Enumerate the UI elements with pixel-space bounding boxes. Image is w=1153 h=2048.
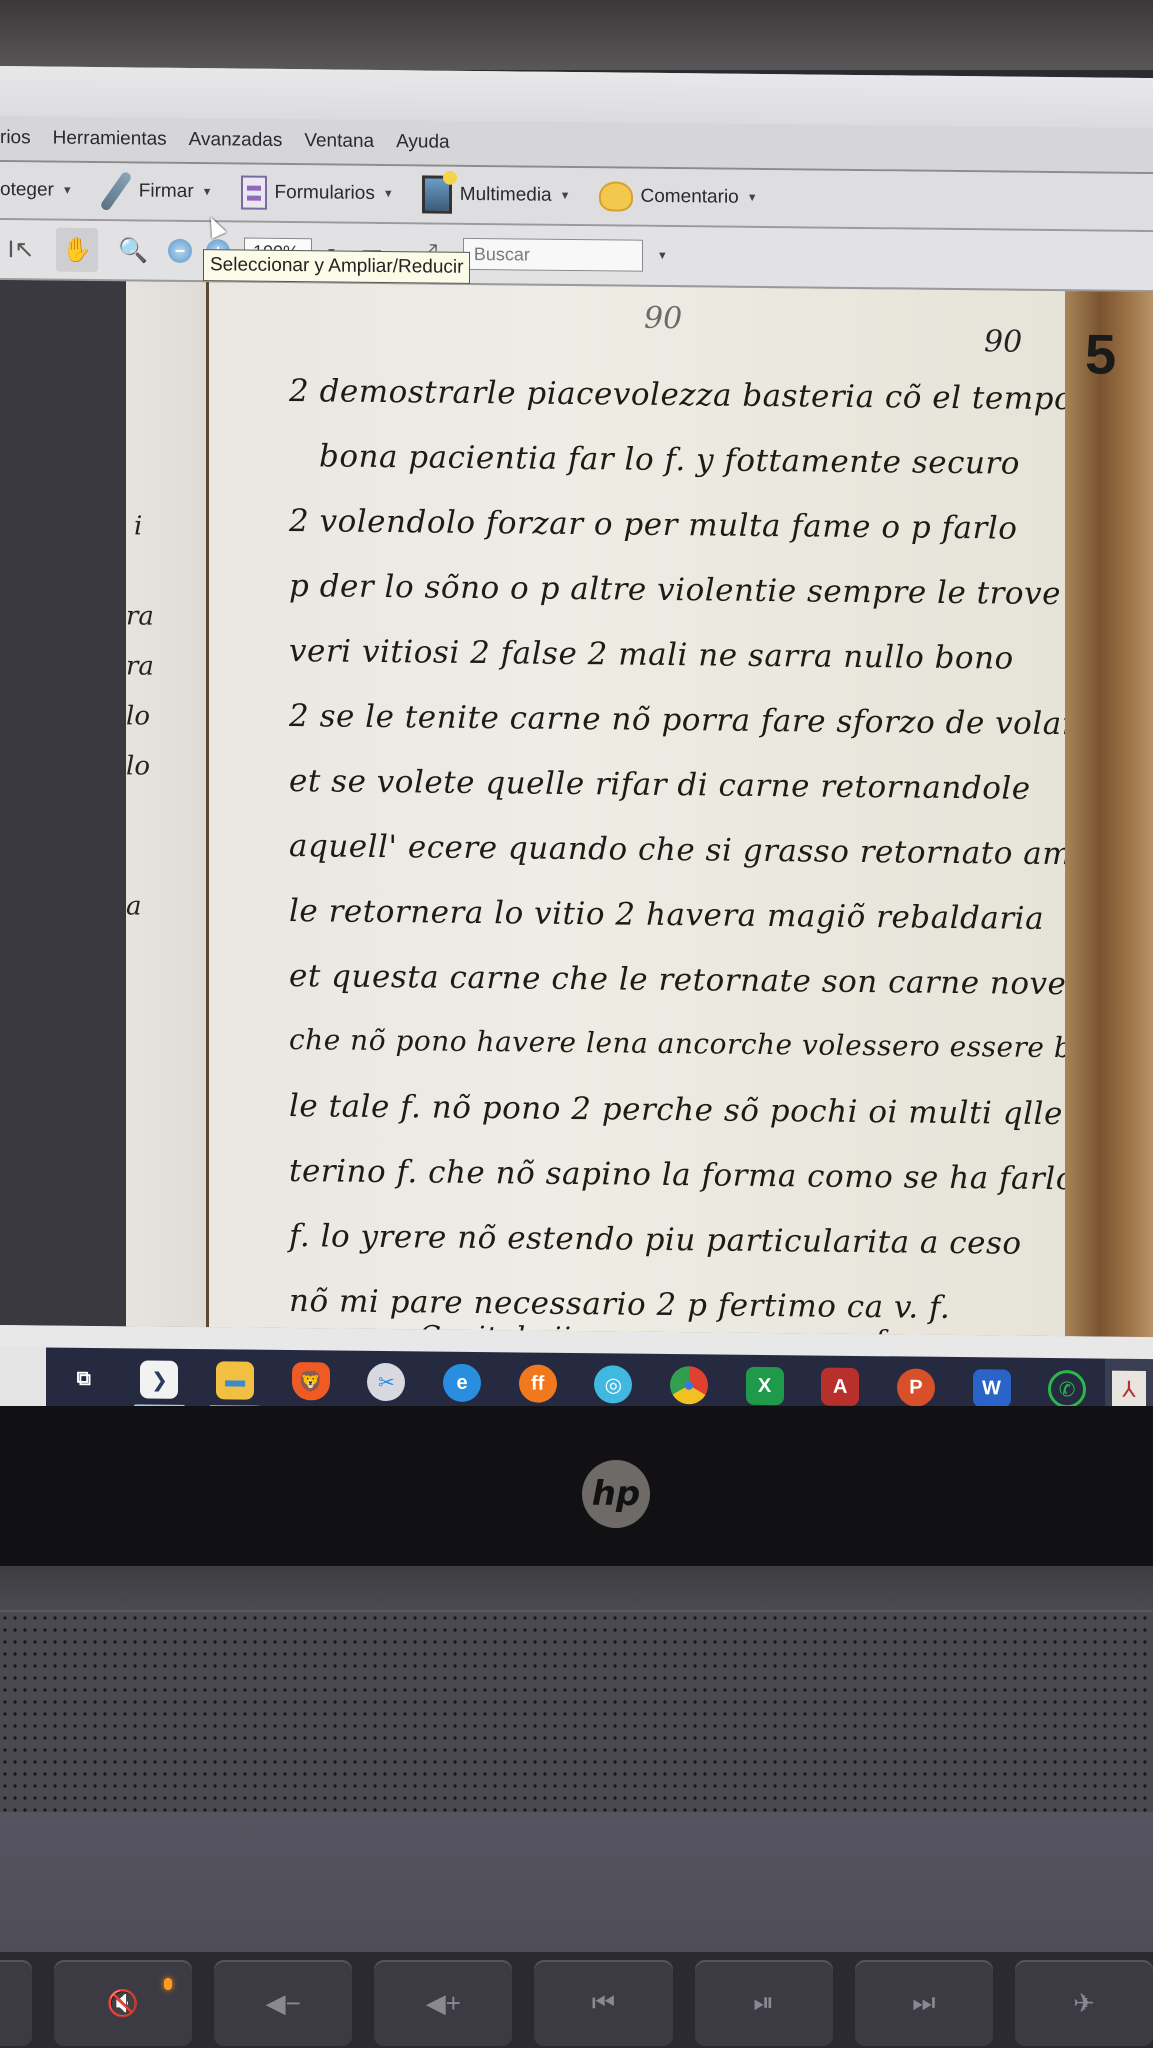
select-tool-button[interactable]: I↖ xyxy=(0,227,42,271)
key-volume-up[interactable]: ◀+ xyxy=(374,1960,512,2046)
manuscript-line: 2 demostrarle piacevolezza basteria cõ e… xyxy=(289,373,1153,418)
margin-fragment: lo xyxy=(126,701,150,731)
proteger-button[interactable]: oteger ▼ xyxy=(0,179,73,202)
edge-mark: 5 xyxy=(1085,321,1116,386)
manuscript-line: 2 se le tenite carne nõ porra fare sforz… xyxy=(289,698,1077,742)
volume-down-icon: ◀− xyxy=(266,1988,301,2019)
menu-ayuda[interactable]: Ayuda xyxy=(396,131,450,154)
manuscript-line: et questa carne che le retornate son car… xyxy=(289,958,1066,1002)
manuscript-line: f. lo yrere nõ estendo piu particularita… xyxy=(289,1218,1022,1262)
app-icon: ❯ xyxy=(140,1360,178,1398)
manuscript-line: terino f. che nõ sapino la forma como se… xyxy=(289,1153,1075,1197)
word-icon: W xyxy=(973,1369,1011,1407)
volume-up-icon: ◀+ xyxy=(426,1988,461,2019)
screen: rios Herramientas Avanzadas Ventana Ayud… xyxy=(0,66,1153,1418)
previous-track-icon: ⏮ xyxy=(592,1987,615,2019)
manuscript-line: nõ mi pare necessario 2 p fertimo ca v. … xyxy=(289,1283,950,1326)
powerpoint-icon: P xyxy=(897,1368,935,1406)
search-input[interactable]: Buscar xyxy=(463,238,643,272)
manuscript-line: aquell' ecere quando che si grasso retor… xyxy=(289,828,1091,872)
comentario-label: Comentario xyxy=(641,186,739,209)
marquee-zoom-button[interactable]: 🔍 xyxy=(112,228,154,272)
hand-tool-button[interactable]: ✋ xyxy=(56,228,98,272)
margin-fragment: i xyxy=(134,511,142,541)
firmar-button[interactable]: Firmar ▼ xyxy=(101,169,213,214)
file-explorer-button[interactable]: ▬ xyxy=(197,1349,273,1412)
task-view-button[interactable]: ⧉ xyxy=(46,1347,122,1410)
acrobat-icon: ⅄ xyxy=(1112,1371,1146,1409)
brave-button[interactable]: 🦁 xyxy=(273,1350,349,1413)
proteger-label: oteger xyxy=(0,179,54,202)
task-view-icon: ⧉ xyxy=(65,1360,103,1398)
document-viewport[interactable]: i ra ra lo lo a 90 90 2 demostrarle piac… xyxy=(0,280,1153,1337)
hp-logo: hp xyxy=(582,1460,650,1528)
text-select-cursor-icon: I↖ xyxy=(8,235,35,264)
firmar-label: Firmar xyxy=(139,180,194,203)
menu-comentarios[interactable]: rios xyxy=(0,127,31,149)
key-mute[interactable]: 🔇 xyxy=(54,1960,192,2046)
key-airplane-mode[interactable]: ✈ xyxy=(1015,1960,1153,2046)
chevron-down-icon: ▼ xyxy=(62,185,73,197)
comentario-button[interactable]: Comentario ▼ xyxy=(599,181,758,213)
chevron-down-icon: ▼ xyxy=(560,190,571,202)
multimedia-label: Multimedia xyxy=(460,184,552,207)
next-track-icon: ⏭ xyxy=(912,1987,935,2019)
excel-icon: X xyxy=(746,1367,784,1405)
edge-icon: e xyxy=(443,1364,481,1402)
comment-icon xyxy=(599,181,633,211)
margin-fragment: ra xyxy=(126,651,154,681)
menu-avanzadas[interactable]: Avanzadas xyxy=(189,129,283,152)
key-volume-down[interactable]: ◀− xyxy=(214,1960,352,2046)
manuscript-line: veri vitiosi 2 false 2 mali ne sarra nul… xyxy=(289,633,1014,677)
chevron-down-icon: ▼ xyxy=(202,186,213,198)
viewer-background xyxy=(0,280,126,1326)
magnifier-icon: 🔍 xyxy=(118,236,148,265)
forms-icon xyxy=(241,176,267,210)
function-key-row: 🔇 ◀− ◀+ ⏮ ⏯ ⏭ ✈ xyxy=(0,1960,1153,2048)
edge-button[interactable]: e xyxy=(424,1351,500,1414)
play-pause-icon: ⏯ xyxy=(753,1987,774,2019)
pen-icon xyxy=(99,170,132,212)
folio-number-ink: 90 xyxy=(984,324,1022,359)
manuscript-line: et se volete quelle rifar di carne retor… xyxy=(289,763,1031,807)
firefox-icon: ff xyxy=(519,1364,557,1402)
formularios-button[interactable]: Formularios ▼ xyxy=(241,176,394,212)
manuscript-line: che nõ pono havere lena ancorche volesse… xyxy=(289,1023,1125,1065)
menu-ventana[interactable]: Ventana xyxy=(304,130,374,153)
margin-fragment: lo xyxy=(126,751,150,781)
zoom-out-button[interactable]: − xyxy=(168,239,192,263)
key-esc[interactable] xyxy=(0,1960,32,2046)
manuscript-line: le tale f. nõ pono 2 perche sõ pochi oi … xyxy=(289,1088,1063,1132)
chevron-down-icon: ▼ xyxy=(747,192,758,204)
margin-fragment: ra xyxy=(126,601,154,631)
snipping-tool-button[interactable]: ✂ xyxy=(349,1351,425,1414)
whatsapp-icon: ✆ xyxy=(1048,1370,1086,1408)
chrome-icon: ● xyxy=(670,1366,708,1404)
access-icon: A xyxy=(821,1368,859,1406)
laptop-bezel xyxy=(0,1406,1153,1566)
folder-icon: ▬ xyxy=(216,1361,254,1399)
manuscript-line: le retornera lo vitio 2 havera magiõ reb… xyxy=(289,893,1044,937)
chevron-down-icon: ▼ xyxy=(383,188,394,200)
manuscript-page: 90 90 2 demostrarle piacevolezza basteri… xyxy=(209,282,1079,1336)
multimedia-button[interactable]: Multimedia ▼ xyxy=(422,175,571,215)
tooltip: Seleccionar y Ampliar/Reducir xyxy=(203,249,470,284)
menu-herramientas[interactable]: Herramientas xyxy=(53,128,167,151)
manuscript-line: 2 volendolo forzar o per multa fame o p … xyxy=(289,503,1017,547)
key-play-pause[interactable]: ⏯ xyxy=(695,1960,833,2046)
search-dropdown-chevron-icon[interactable]: ▼ xyxy=(657,250,668,262)
mute-icon: 🔇 xyxy=(107,1988,139,2019)
key-previous-track[interactable]: ⏮ xyxy=(534,1960,672,2046)
formularios-label: Formularios xyxy=(275,182,375,205)
page-spine-edge: 5 xyxy=(1065,291,1153,1337)
mute-led-indicator xyxy=(164,1978,172,1990)
airplane-icon: ✈ xyxy=(1073,1988,1095,2019)
speaker-grille xyxy=(0,1610,1153,1814)
hand-icon: ✋ xyxy=(62,235,92,264)
keyboard-deck xyxy=(0,1812,1153,1952)
chat-bubble-icon: ◎ xyxy=(594,1365,632,1403)
manuscript-line: p der lo sõno o p altre violentie sempre… xyxy=(289,568,1061,612)
multimedia-icon xyxy=(422,175,452,213)
brave-lion-icon: 🦁 xyxy=(292,1362,330,1400)
key-next-track[interactable]: ⏭ xyxy=(855,1960,993,2046)
folio-number-pencil: 90 xyxy=(644,301,682,336)
taskbar-app-button[interactable]: ❯ xyxy=(122,1348,198,1411)
minus-icon: − xyxy=(175,240,186,261)
monitor-bezel-top xyxy=(0,0,1153,70)
laptop-hinge xyxy=(0,1566,1153,1610)
margin-fragment: a xyxy=(126,891,142,921)
facing-page-edge: i ra ra lo lo a xyxy=(126,281,209,1327)
manuscript-line: bona pacientia far lo f. y fottamente se… xyxy=(319,438,1020,481)
scissors-icon: ✂ xyxy=(367,1363,405,1401)
